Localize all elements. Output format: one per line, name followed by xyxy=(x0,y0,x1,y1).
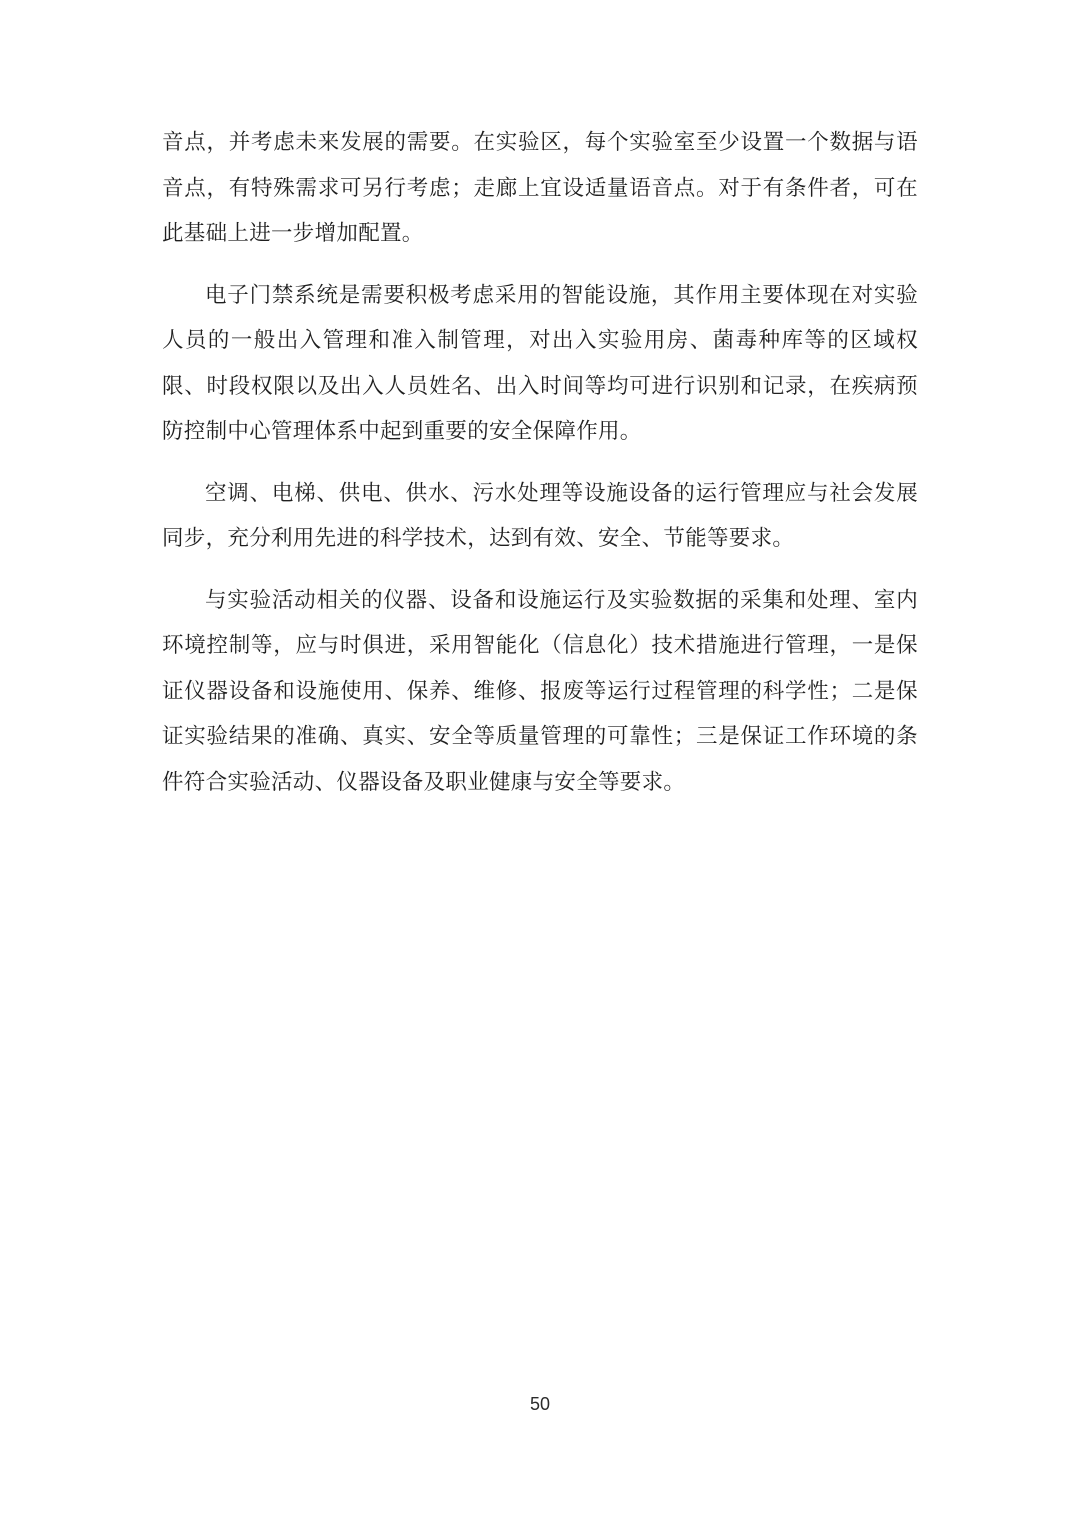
body-paragraph: 电子门禁系统是需要积极考虑采用的智能设施，其作用主要体现在对实验人员的一般出入管… xyxy=(162,273,918,455)
body-paragraph: 空调、电梯、供电、供水、污水处理等设施设备的运行管理应与社会发展同步，充分利用先… xyxy=(162,471,918,562)
body-paragraph: 与实验活动相关的仪器、设备和设施运行及实验数据的采集和处理、室内环境控制等，应与… xyxy=(162,578,918,806)
document-page: 音点，并考虑未来发展的需要。在实验区，每个实验室至少设置一个数据与语音点，有特殊… xyxy=(0,0,1080,1527)
body-paragraph: 音点，并考虑未来发展的需要。在实验区，每个实验室至少设置一个数据与语音点，有特殊… xyxy=(162,120,918,257)
document-body: 音点，并考虑未来发展的需要。在实验区，每个实验室至少设置一个数据与语音点，有特殊… xyxy=(162,120,918,821)
page-number: 50 xyxy=(0,1392,1080,1416)
